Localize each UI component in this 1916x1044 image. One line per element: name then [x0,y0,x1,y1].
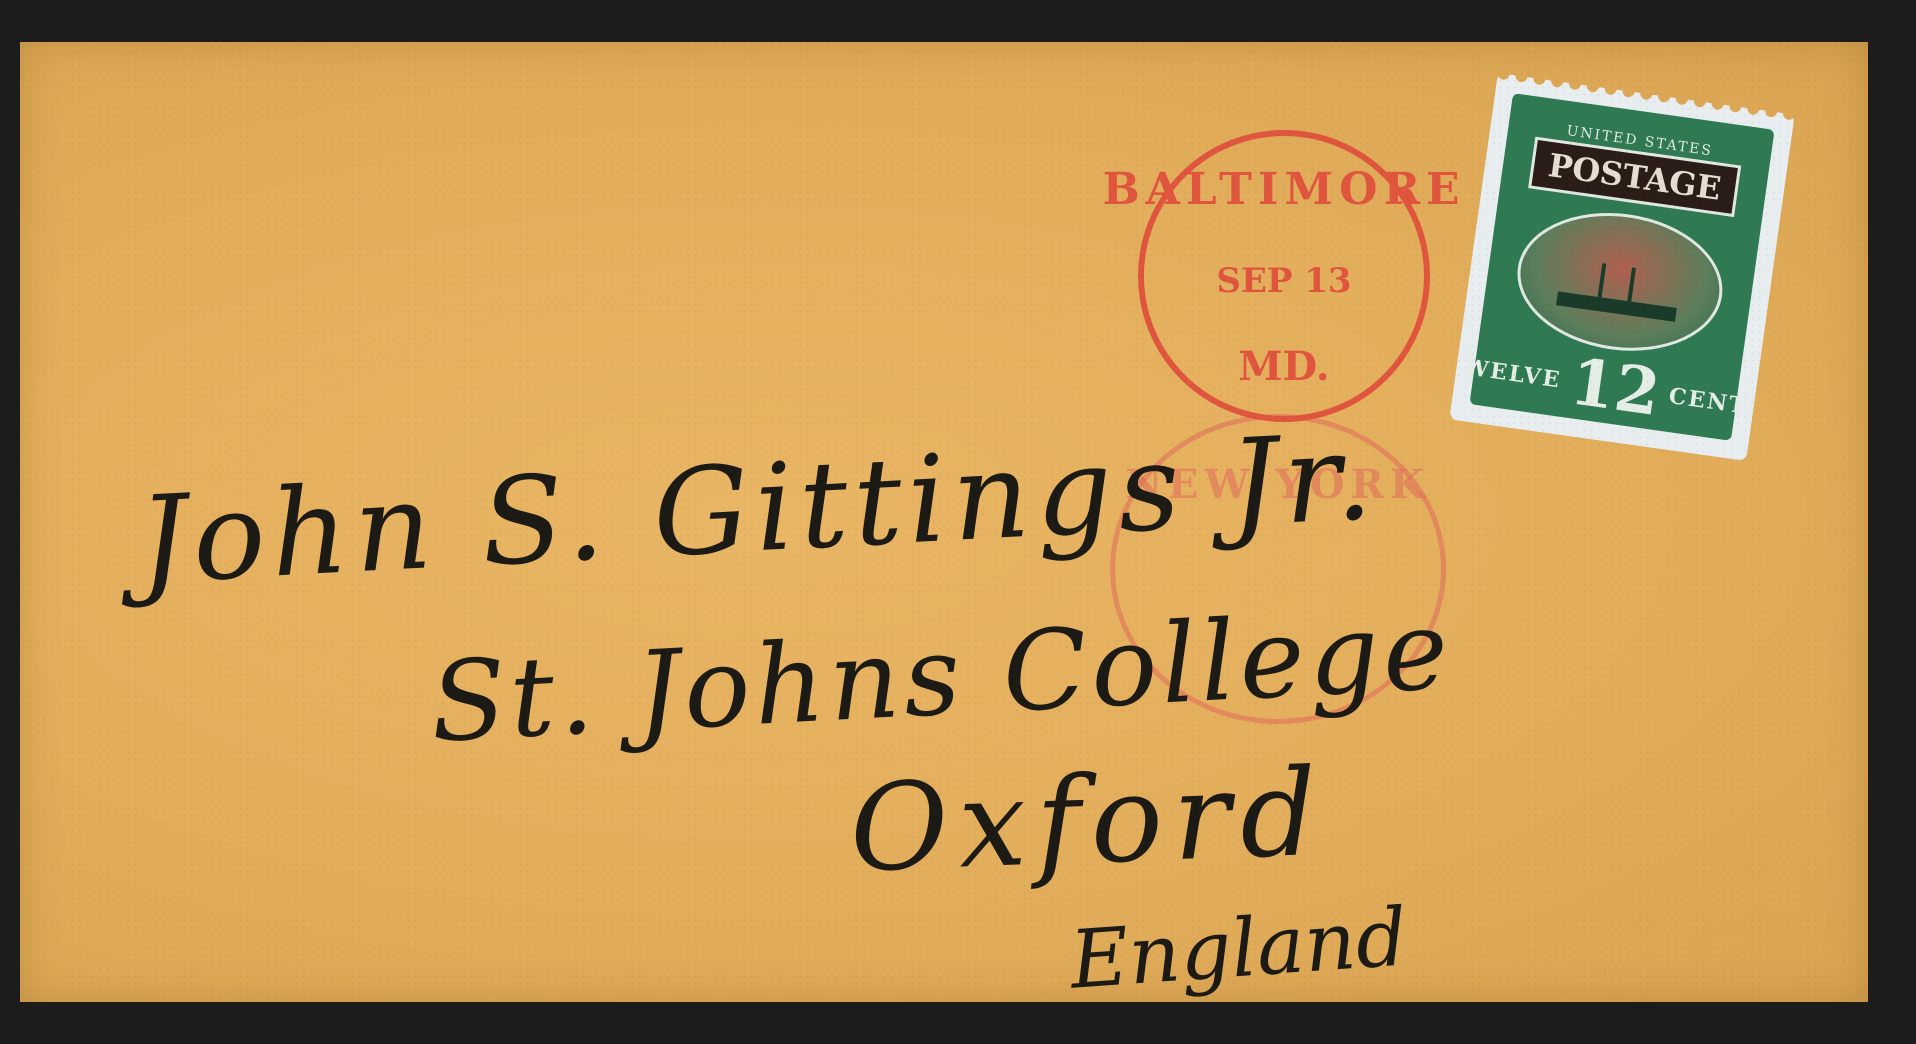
postmark-city: NEW YORK [1125,461,1430,508]
new-york-postmark: NEW YORK [1110,414,1446,724]
stamp-label: POSTAGE [1528,137,1741,217]
address-city: Oxford [848,744,1329,900]
stamp-design: UNITED STATES POSTAGE TWELVE 12 CENTS [1469,93,1774,441]
baltimore-postmark: BALTIMORE SEP 13 MD. [1138,130,1430,422]
postmark-state: MD. [1238,343,1329,390]
steamship-icon [1508,200,1731,363]
stamp-value: 12 [1566,350,1663,426]
postage-stamp: UNITED STATES POSTAGE TWELVE 12 CENTS [1449,73,1795,461]
envelope: NEW YORK BALTIMORE SEP 13 MD. UNITED STA… [20,42,1868,1002]
stamp-left-word: TWELVE [1444,352,1563,394]
stamp-country: UNITED STATES [1566,123,1714,159]
address-institution: St. Johns College [427,585,1455,766]
address-country: England [1067,890,1410,1006]
address-name: John S. Gittings Jr. [135,408,1381,612]
stamp-denomination: TWELVE 12 CENTS [1441,333,1769,441]
stamp-right-word: CENTS [1667,383,1766,422]
postmark-date: SEP 13 [1216,261,1351,301]
postmark-city: BALTIMORE [1102,164,1465,215]
